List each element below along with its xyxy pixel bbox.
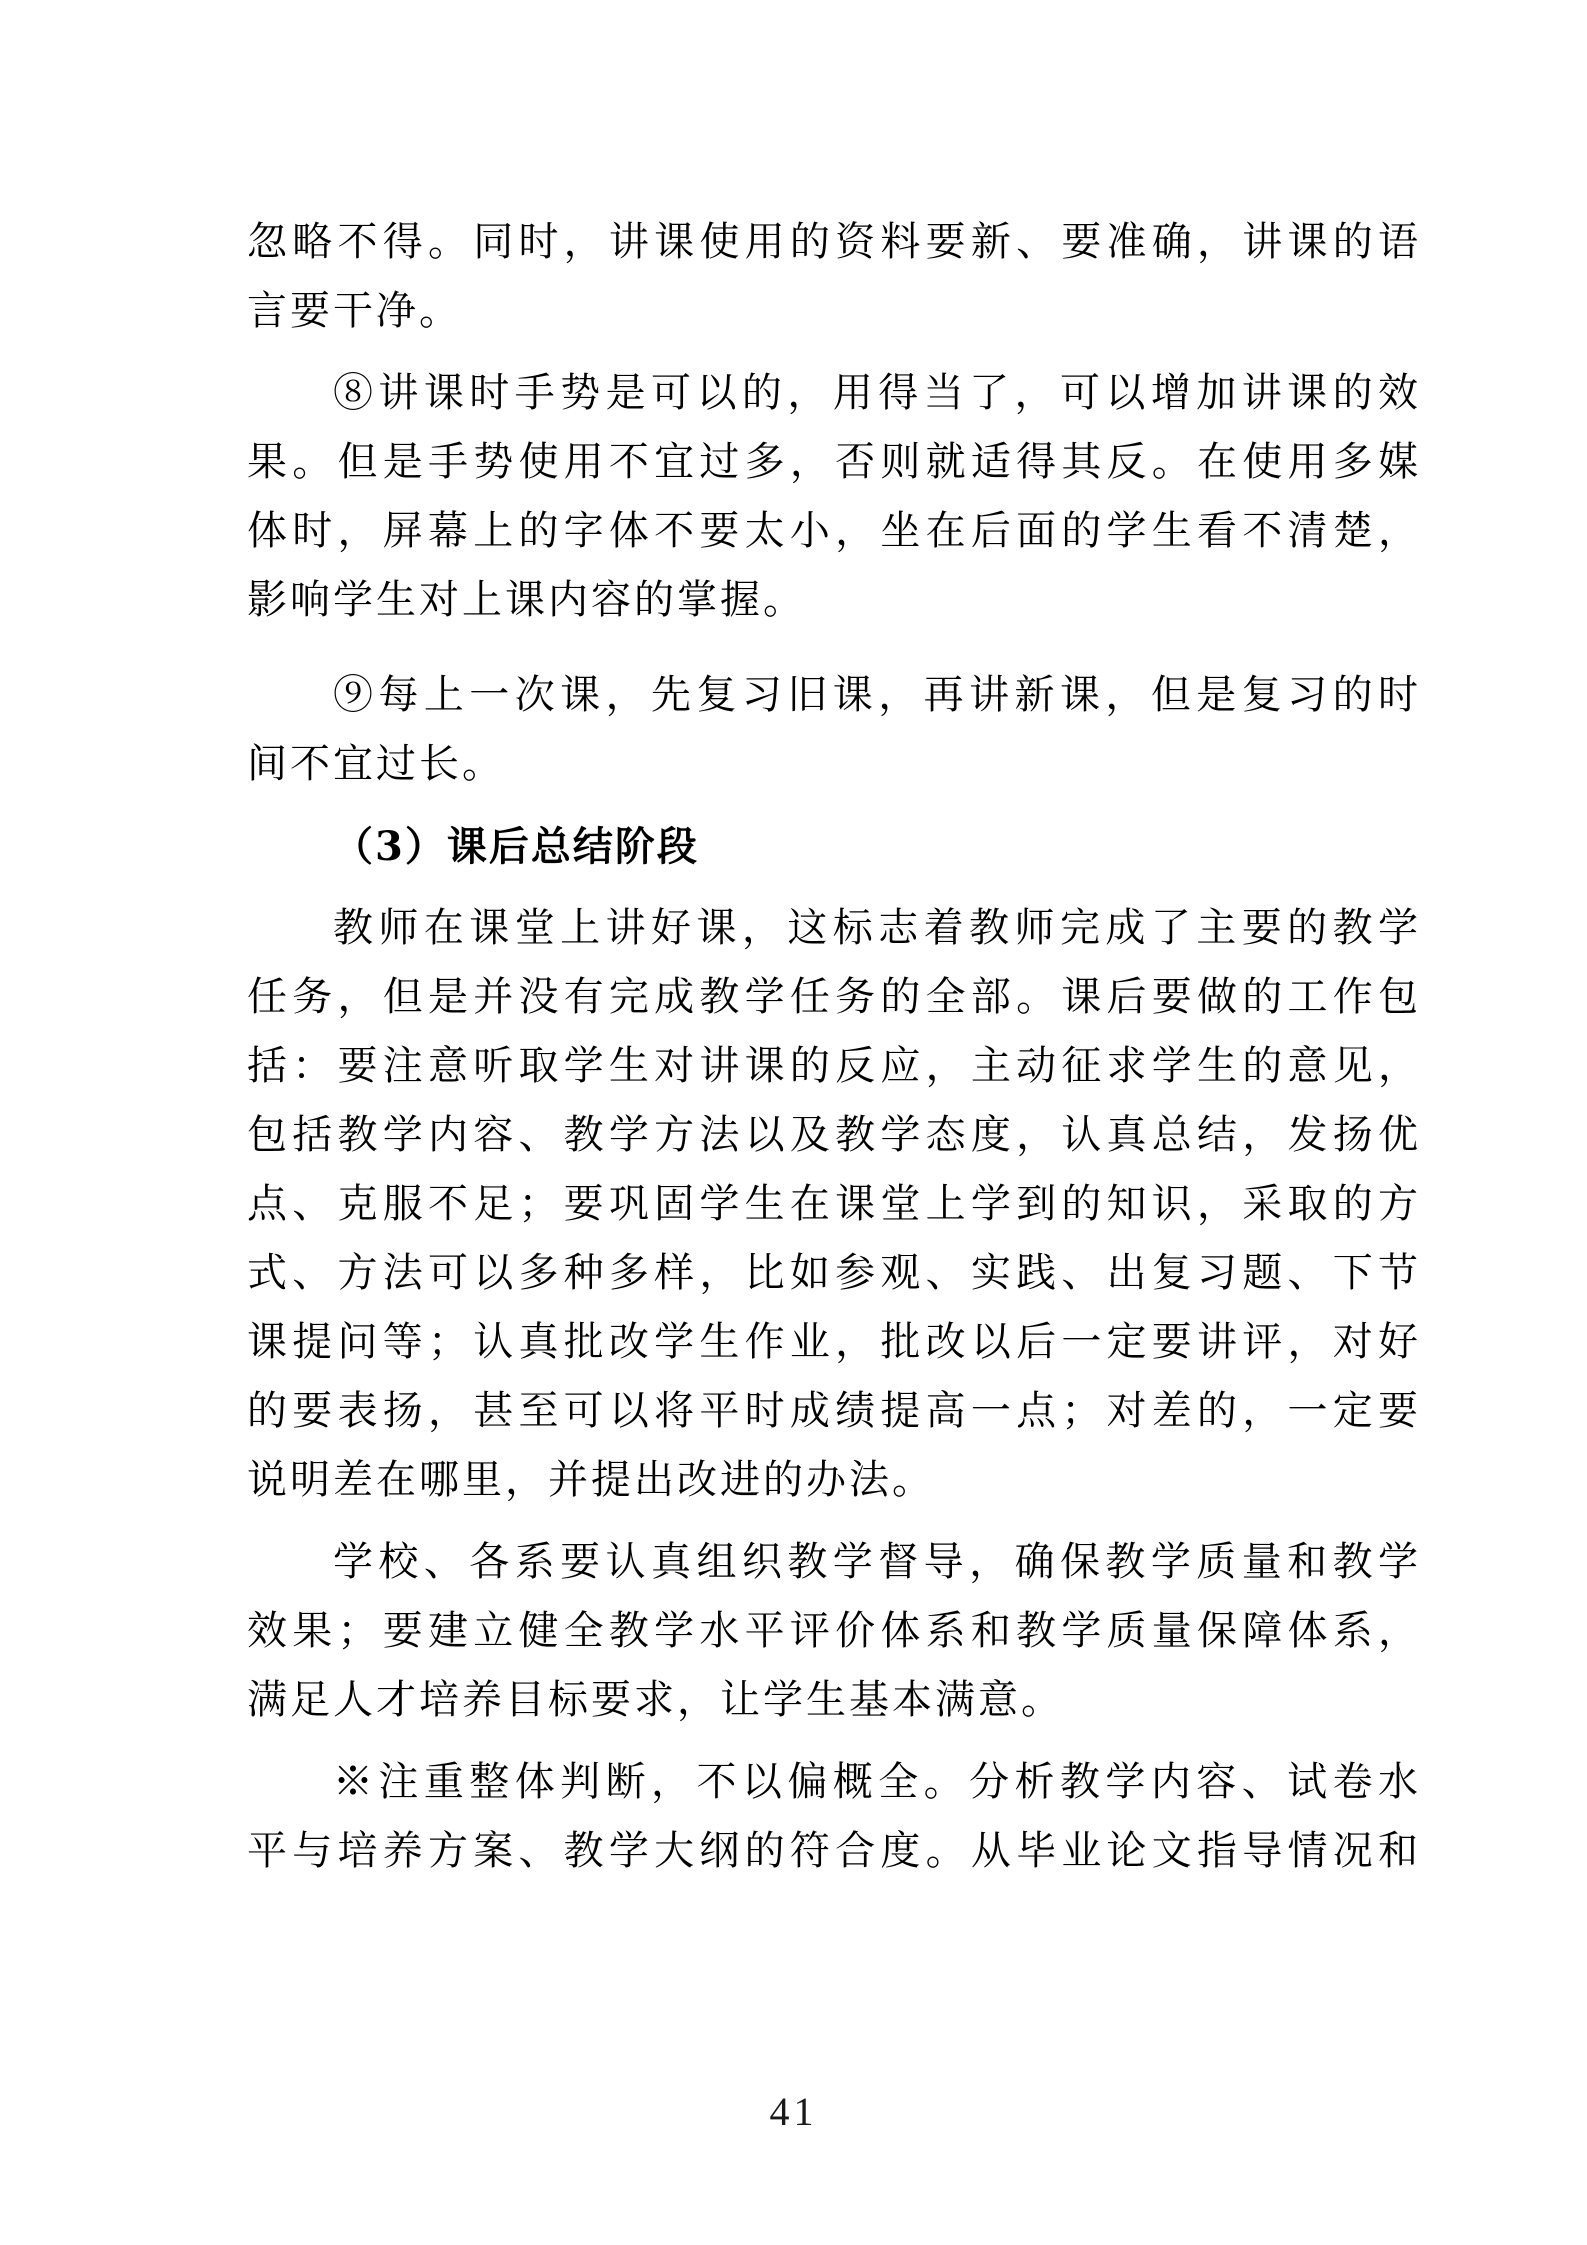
text-line: 教师在课堂上讲好课，这标志着教师完成了主要的教学 [247, 894, 1421, 963]
text-line: 包括教学内容、教学方法以及教学态度，认真总结，发扬优 [247, 1101, 1421, 1170]
text-line: ⑨每上一次课，先复习旧课，再讲新课，但是复习的时 [247, 661, 1421, 730]
text-line: 效果；要建立健全教学水平评价体系和教学质量保障体系， [247, 1597, 1421, 1666]
text-line: 果。但是手势使用不宜过多，否则就适得其反。在使用多媒 [247, 428, 1421, 497]
text-line: 任务，但是并没有完成教学任务的全部。课后要做的工作包 [247, 963, 1421, 1032]
paragraph-after-class-work: 教师在课堂上讲好课，这标志着教师完成了主要的教学任务，但是并没有完成教学任务的全… [247, 894, 1421, 1515]
document-page: 忽略不得。同时，讲课使用的资料要新、要准确，讲课的语言要干净。⑧讲课时手势是可以… [0, 0, 1587, 2245]
text-line: 间不宜过长。 [247, 730, 1421, 799]
text-line: 括：要注意听取学生对讲课的反应，主动征求学生的意见， [247, 1032, 1421, 1101]
text-line: 影响学生对上课内容的掌握。 [247, 566, 1421, 635]
text-line: 的要表扬，甚至可以将平时成绩提高一点；对差的，一定要 [247, 1377, 1421, 1446]
text-line: ⑧讲课时手势是可以的，用得当了，可以增加讲课的效 [247, 359, 1421, 428]
text-line: 忽略不得。同时，讲课使用的资料要新、要准确，讲课的语 [247, 208, 1421, 277]
paragraph-item-9: ⑨每上一次课，先复习旧课，再讲新课，但是复习的时间不宜过长。 [247, 661, 1421, 799]
text-line: 说明差在哪里，并提出改进的办法。 [247, 1446, 1421, 1515]
heading-line: （3）课后总结阶段 [247, 812, 1421, 881]
document-body: 忽略不得。同时，讲课使用的资料要新、要准确，讲课的语言要干净。⑧讲课时手势是可以… [247, 208, 1421, 1886]
text-line: 言要干净。 [247, 277, 1421, 346]
text-line: ※注重整体判断，不以偏概全。分析教学内容、试卷水 [247, 1748, 1421, 1817]
text-line: 平与培养方案、教学大纲的符合度。从毕业论文指导情况和 [247, 1817, 1421, 1886]
paragraph-supervision: 学校、各系要认真组织教学督导，确保教学质量和教学效果；要建立健全教学水平评价体系… [247, 1528, 1421, 1735]
text-line: 满足人才培养目标要求，让学生基本满意。 [247, 1666, 1421, 1735]
paragraph-item-8: ⑧讲课时手势是可以的，用得当了，可以增加讲课的效果。但是手势使用不宜过多，否则就… [247, 359, 1421, 635]
text-line: 学校、各系要认真组织教学督导，确保教学质量和教学 [247, 1528, 1421, 1597]
text-line: 体时，屏幕上的字体不要太小，坐在后面的学生看不清楚， [247, 497, 1421, 566]
text-line: 课提问等；认真批改学生作业，批改以后一定要讲评，对好 [247, 1308, 1421, 1377]
text-line: 点、克服不足；要巩固学生在课堂上学到的知识，采取的方 [247, 1170, 1421, 1239]
page-number: 41 [0, 2090, 1587, 2134]
paragraph-note: ※注重整体判断，不以偏概全。分析教学内容、试卷水平与培养方案、教学大纲的符合度。… [247, 1748, 1421, 1886]
text-line: 式、方法可以多种多样，比如参观、实践、出复习题、下节 [247, 1239, 1421, 1308]
paragraph-continuation: 忽略不得。同时，讲课使用的资料要新、要准确，讲课的语言要干净。 [247, 208, 1421, 346]
section-heading: （3）课后总结阶段 [247, 812, 1421, 881]
